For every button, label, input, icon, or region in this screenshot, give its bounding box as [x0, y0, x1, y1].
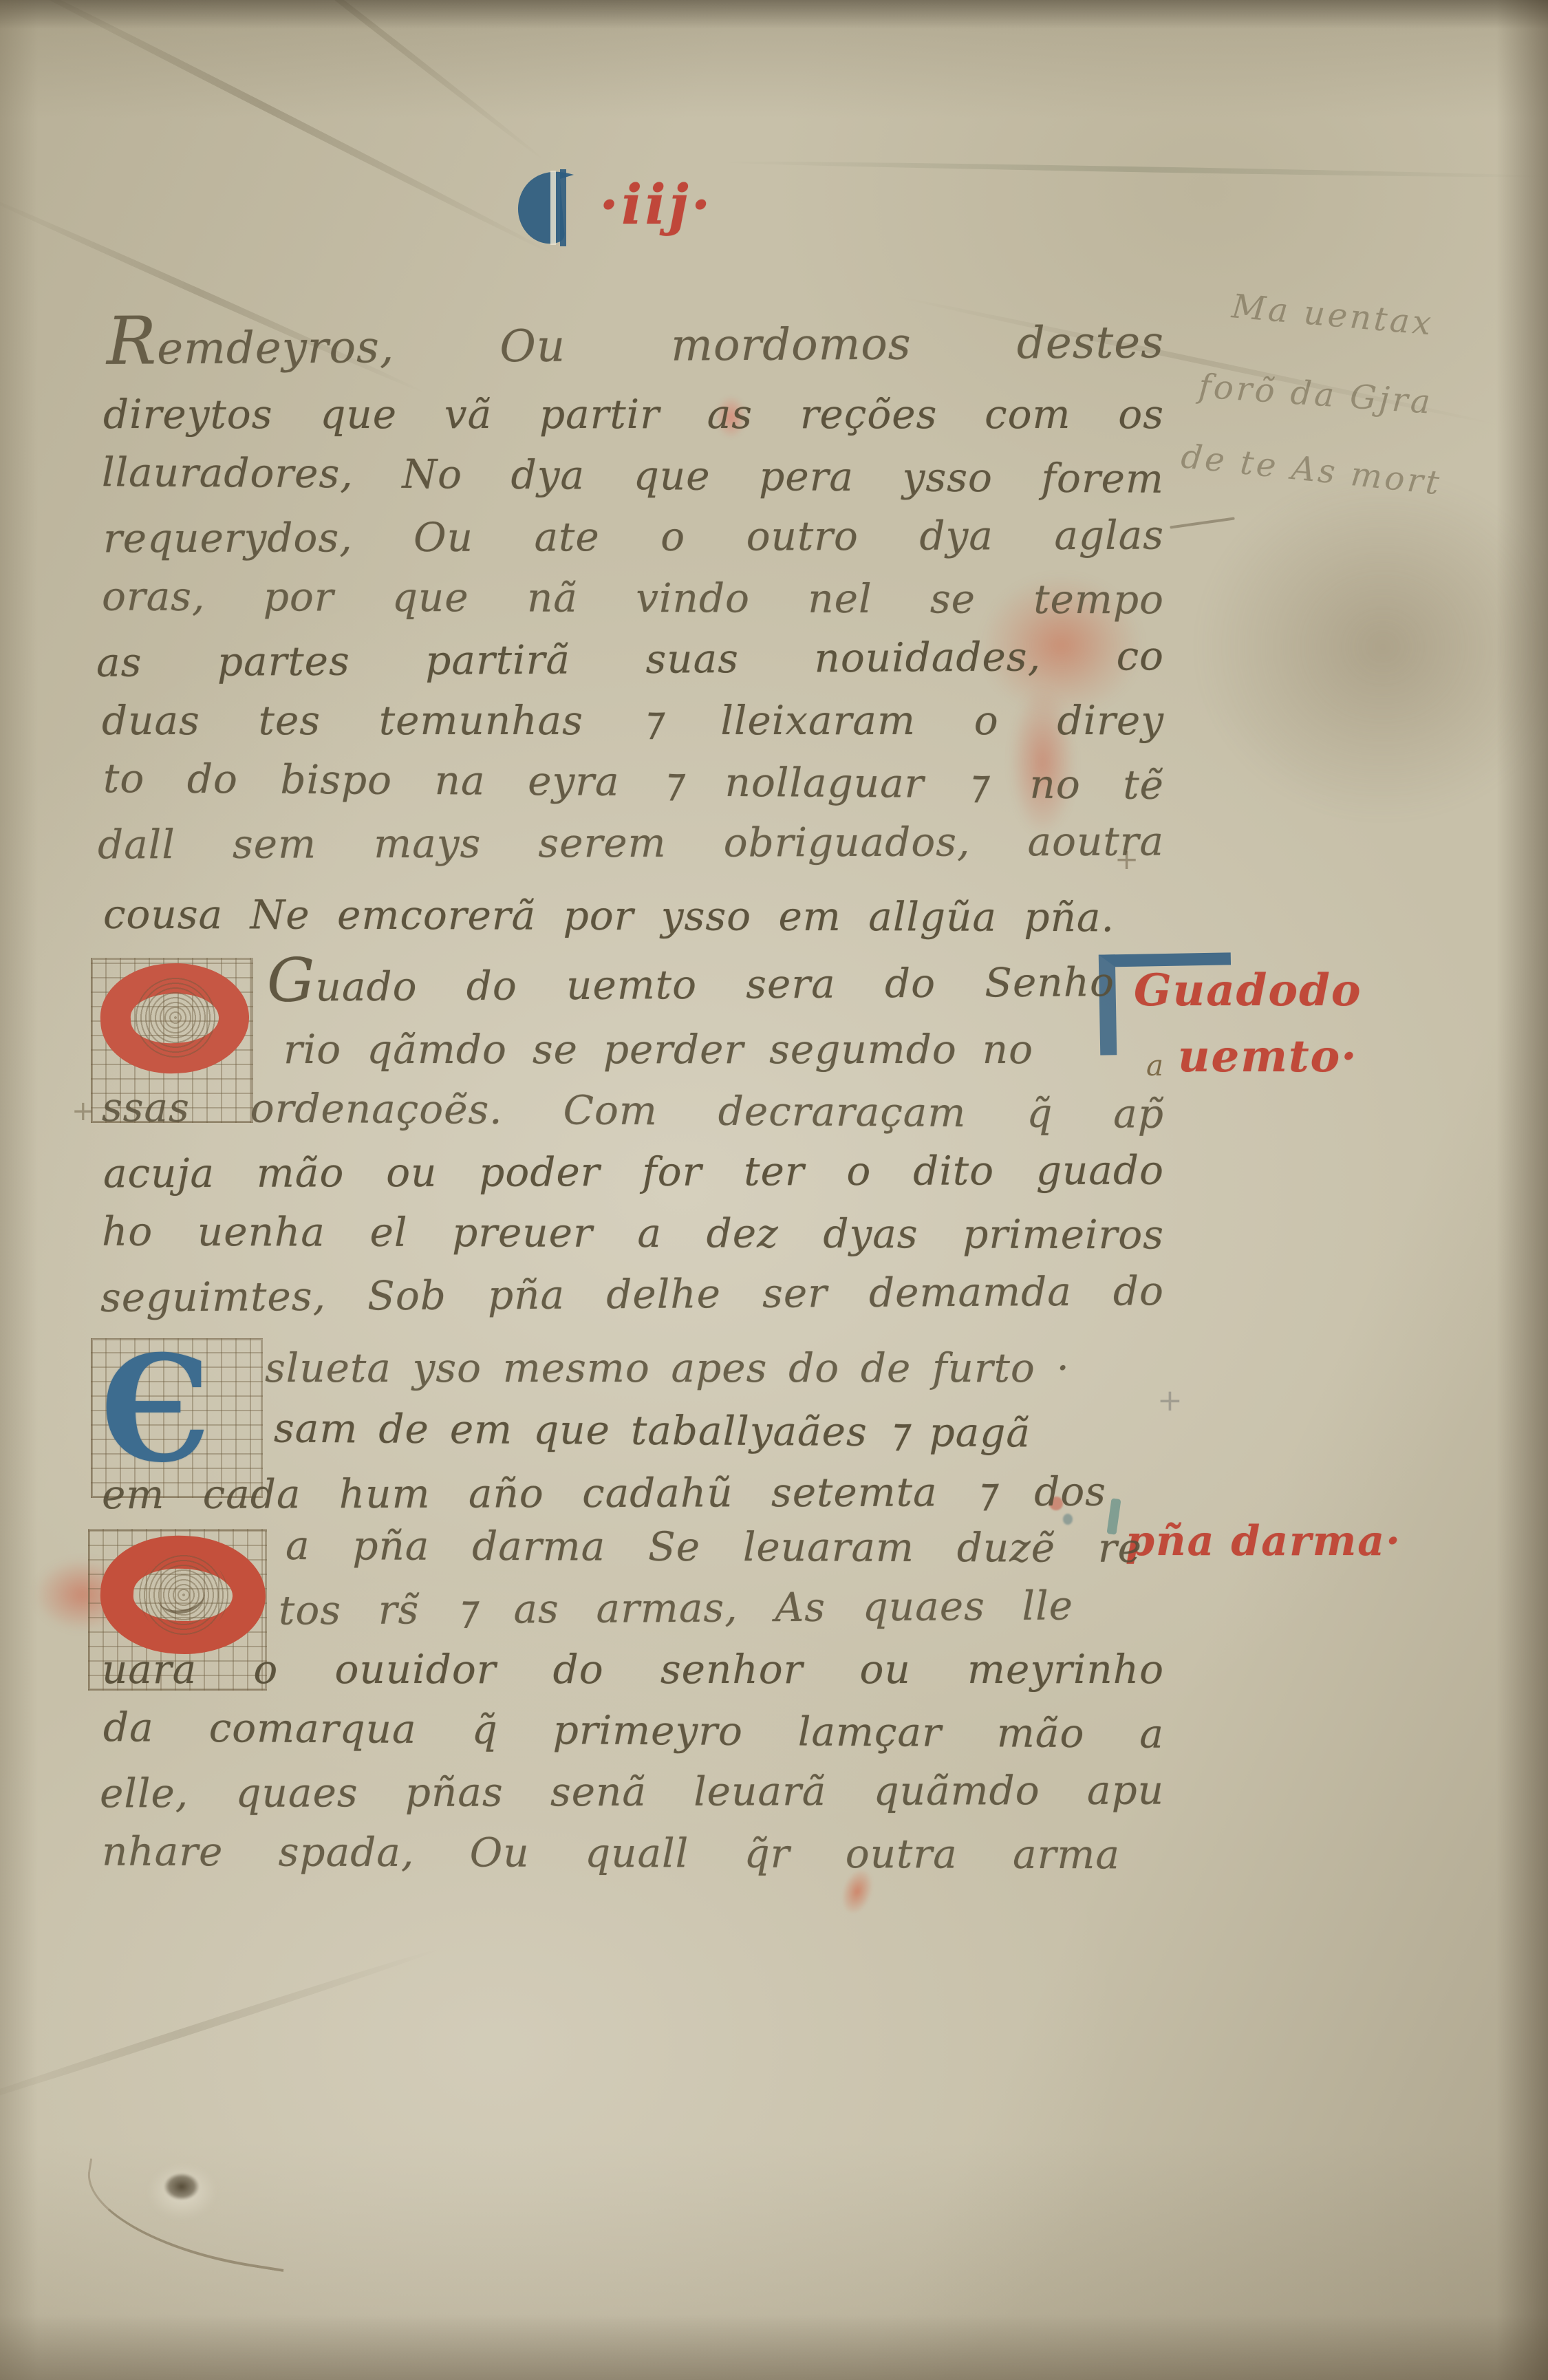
- text-line: rio qãmdo se perder segumdo no: [283, 1028, 1033, 1072]
- folio-mark: ·iij·: [515, 165, 713, 255]
- margin-note-line: Ma uentax: [1230, 287, 1435, 343]
- text-line: requerydos, Ou ate o outro dya aglas: [103, 514, 1164, 561]
- crease-fold: [0, 1945, 442, 2123]
- text-line: llauradores, No dya que pera ysso forem: [102, 451, 1164, 501]
- oversized-letter: G: [267, 945, 316, 1015]
- text-line: nhare spada, Ou quall q̃r outra arma: [102, 1830, 1120, 1877]
- margin-note-line: forõ da Gjra: [1197, 367, 1434, 422]
- text-line: cousa Ne emcorerã por ysso em allgũa pña…: [103, 893, 1115, 940]
- rubric-gado-do-vento: uemto·: [1178, 1031, 1358, 1082]
- text-line: oras, por que nã vindo nel se tempo: [102, 575, 1164, 623]
- text-line: da comarqua q̃ primeyro lamçar mão a: [103, 1706, 1164, 1756]
- rubric-pena-darma: pña darma·: [1126, 1517, 1401, 1565]
- text-line: ssas ordenaçoẽs. Com decraraçam q̃ ap̃: [102, 1086, 1164, 1136]
- stain-speck-cluster: [1063, 1514, 1073, 1525]
- text-line: acuja mão ou poder for ter o dito guado: [103, 1149, 1164, 1197]
- edge-shadow-corner-tr: [1328, 0, 1548, 193]
- text-line: dall sem mays serem obriguados, aoutra: [98, 820, 1164, 868]
- text-line: duas tes temunhas ⁊ lleixaram o direy: [102, 699, 1164, 743]
- folio-number: ·iij·: [599, 172, 713, 237]
- text-line: Remdeyros, Ou mordomos destes: [107, 319, 1164, 374]
- text-line: elle, quaes pñas senã leuarã quãmdo apu: [100, 1769, 1164, 1816]
- rubric-gado-do-vento: Guadodo: [1134, 965, 1362, 1016]
- edge-shadow-corner: [1053, 1898, 1548, 2380]
- oversized-letter: R: [107, 302, 158, 379]
- parchment-thread: [78, 2158, 297, 2272]
- initial-penwork: [135, 977, 216, 1058]
- margin-cross-mark: +: [1157, 1383, 1183, 1418]
- text-line: to do bispo na eyra ⁊ nollaguar ⁊ no tẽ: [103, 757, 1164, 807]
- text-line: ho uenha el preuer a dez dyas primeiros: [102, 1210, 1164, 1258]
- text-line: slueta yso mesmo apes do de furto ·: [265, 1347, 1070, 1391]
- initial-letter-E: Є: [100, 1336, 211, 1482]
- stain-brown: [1197, 475, 1548, 819]
- manuscript-page: ·iij· Ma uentax forõ da Gjra de te As mo…: [0, 0, 1548, 2380]
- text-line: sam de em que taballyaães ⁊ pagã: [274, 1407, 1031, 1456]
- text-line: a pña darma Se leuaram duzẽ re: [286, 1524, 1142, 1571]
- margin-note-dash: [1170, 517, 1235, 528]
- crease-fold: [0, 0, 558, 259]
- text-line: as partes partirã suas nouidades, co: [96, 634, 1164, 685]
- text-line: tos rs̃ ⁊ as armas, As quaes lle: [279, 1584, 1073, 1633]
- rubric-inserted-letter: a: [1146, 1049, 1163, 1082]
- margin-cross-mark: +: [72, 1095, 95, 1127]
- text-line: uara o ouuidor do senhor ou meyrinho: [102, 1648, 1164, 1692]
- text-line: direytos que vã partir as reções com os: [103, 393, 1164, 437]
- pilcrow-icon: [515, 165, 586, 255]
- edge-shadow-left: [0, 0, 38, 2380]
- text-line: em cada hum año cadahũ setemta ⁊ dos: [102, 1470, 1106, 1517]
- text-line: Guado do uemto sera do Senho: [267, 961, 1115, 1010]
- edge-shadow-top: [0, 0, 1548, 29]
- text-line: seguimtes, Sob pña delhe ser demamda do: [100, 1269, 1164, 1320]
